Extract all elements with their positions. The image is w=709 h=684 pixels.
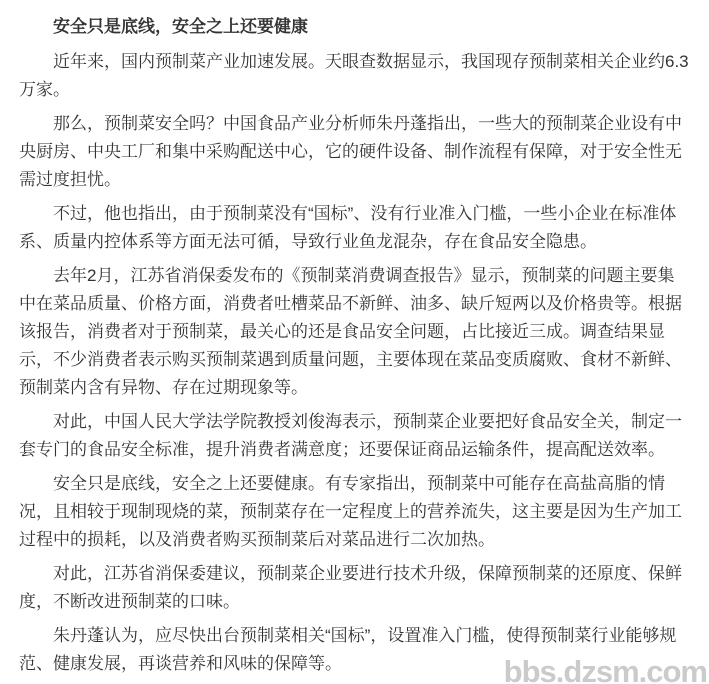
article-paragraph: 近年来，国内预制菜产业加速发展。天眼查数据显示，我国现存预制菜相关企业约6.3万… — [19, 48, 690, 104]
article-paragraph: 不过，他也指出，由于预制菜没有“国标”、没有行业准入门槛，一些小企业在标准体系、… — [19, 200, 690, 256]
article-body: 安全只是底线，安全之上还要健康 近年来，国内预制菜产业加速发展。天眼查数据显示，… — [0, 0, 709, 678]
article-paragraph: 对此，中国人民大学法学院教授刘俊海表示，预制菜企业要把好食品安全关，制定一套专门… — [19, 408, 690, 464]
article-title: 安全只是底线，安全之上还要健康 — [19, 16, 690, 38]
article-paragraph: 那么，预制菜安全吗？中国食品产业分析师朱丹蓬指出，一些大的预制菜企业设有中央厨房… — [19, 110, 690, 194]
article-paragraph: 朱丹蓬认为，应尽快出台预制菜相关“国标”，设置准入门槛，使得预制菜行业能够规范、… — [19, 622, 690, 678]
article-paragraph: 安全只是底线，安全之上还要健康。有专家指出，预制菜中可能存在高盐高脂的情况，且相… — [19, 470, 690, 554]
article-paragraph: 对此，江苏省消保委建议，预制菜企业要进行技术升级，保障预制菜的还原度、保鲜度，不… — [19, 560, 690, 616]
article-paragraph: 去年2月，江苏省消保委发布的《预制菜消费调查报告》显示，预制菜的问题主要集中在菜… — [19, 262, 690, 402]
